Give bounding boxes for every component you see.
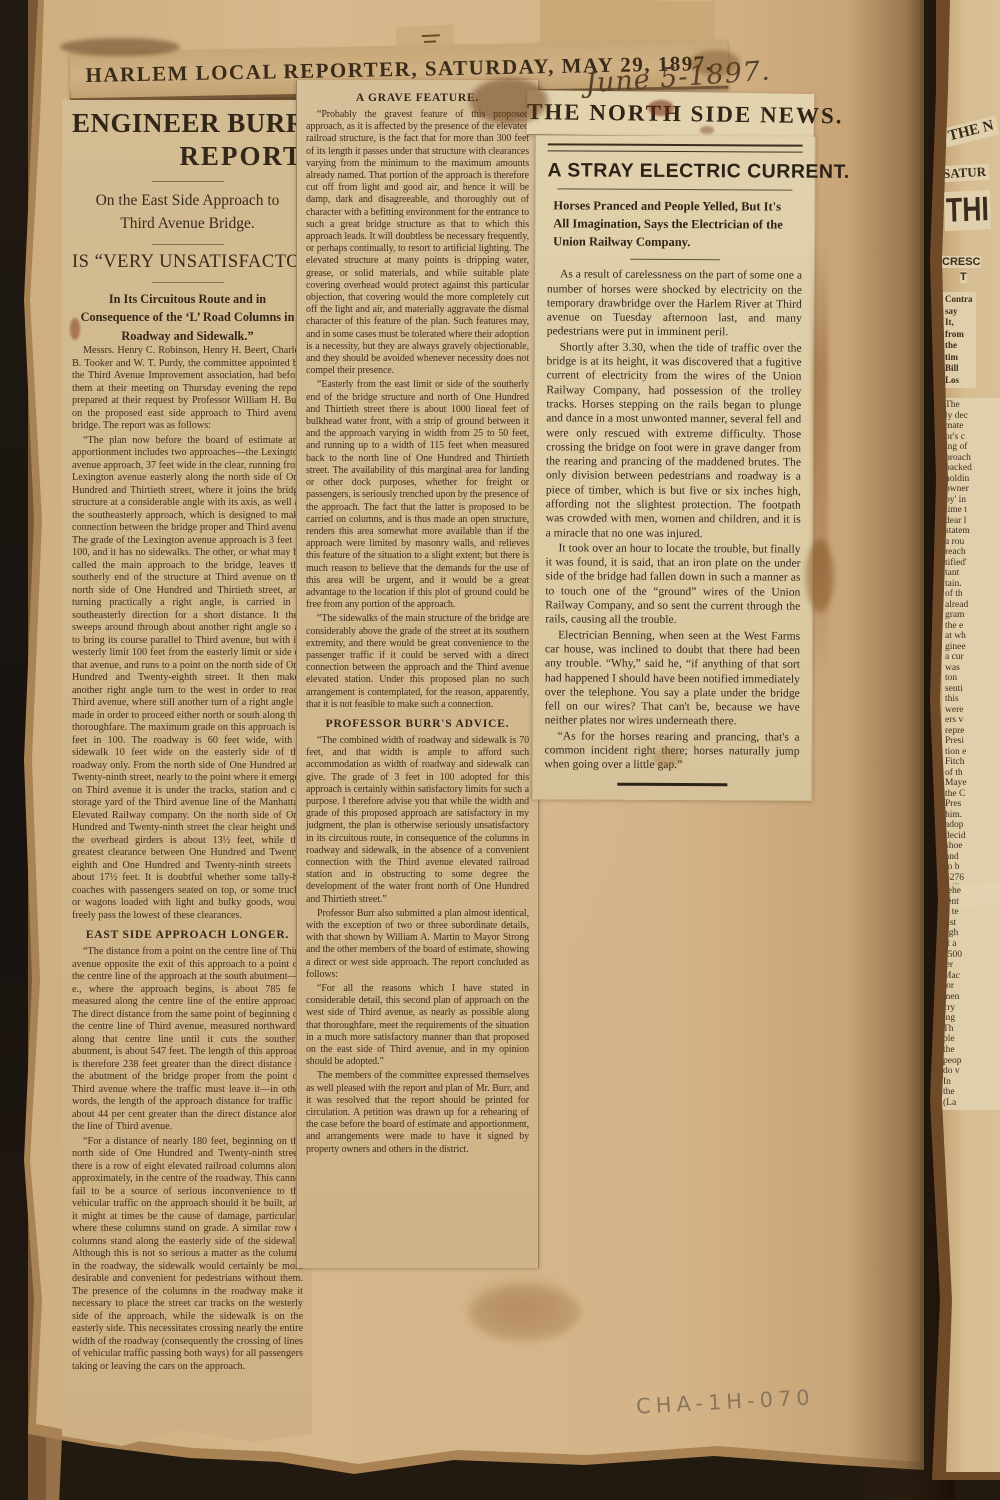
middle-subhead-2: PROFESSOR BURR'S ADVICE.: [306, 718, 529, 730]
divider-rule: [557, 188, 792, 190]
facing-subhead-fragment: CRESC: [942, 256, 981, 268]
paragraph: Messrs. Henry C. Robinson, Henry H. Beer…: [72, 345, 303, 433]
middle-column-clipping: A GRAVE FEATURE. “Probably the gravest f…: [296, 80, 539, 1268]
paragraph: As a result of carelessness on the part …: [547, 268, 802, 341]
facing-bold-fragments: Contra say It, from the tim Bill Los: [942, 292, 976, 388]
left-headline-line1: ENGINEER BURR'S: [72, 110, 303, 138]
scrapbook-photo: HARLEM LOCAL REPORTER, SATURDAY, MAY 29,…: [0, 0, 1000, 1500]
paragraph: Electrician Benning, when seen at the We…: [545, 628, 801, 729]
paragraph: Professor Burr also submitted a plan alm…: [306, 908, 529, 981]
paragraph: “As for the horses rearing and prancing,…: [544, 729, 799, 773]
north-side-news-masthead: THE NORTH SIDE NEWS.: [527, 90, 815, 139]
paragraph: The members of the committee expressed t…: [306, 1070, 529, 1155]
paragraph: It took over an hour to locate the troub…: [545, 541, 800, 628]
divider-rule: [152, 181, 224, 182]
left-deck1: On the East Side Approach to Third Avenu…: [72, 189, 303, 236]
paragraph: “Probably the gravest feature of this pr…: [306, 109, 529, 377]
end-rule: [617, 782, 727, 786]
paragraph: “For a distance of nearly 180 feet, begi…: [72, 1136, 303, 1374]
paragraph: “The combined width of roadway and sidew…: [306, 735, 529, 906]
left-deck2: IS “VERY UNSATISFACTORY: [72, 252, 303, 273]
double-rule: [548, 143, 803, 152]
facing-dateline-fragment: SATUR: [940, 164, 990, 183]
paragraph: “The distance from a point on the centre…: [72, 946, 303, 1134]
right-article-clipping: A STRAY ELECTRIC CURRENT. Horses Pranced…: [531, 135, 815, 800]
facing-masthead-fragment: THE N: [943, 116, 1000, 148]
paragraph: “Easterly from the east limit or side of…: [306, 379, 529, 611]
right-headline: A STRAY ELECTRIC CURRENT.: [547, 159, 802, 183]
middle-subhead-1: A GRAVE FEATURE.: [306, 92, 529, 104]
facing-subhead-fragment: T: [960, 271, 967, 283]
paragraph: “The sidewalks of the main structure of …: [306, 613, 529, 711]
divider-rule: [152, 282, 224, 283]
masthead-text: THE NORTH SIDE NEWS.: [527, 99, 844, 128]
paragraph: “The plan now before the board of estima…: [72, 435, 303, 923]
left-article-clipping: ENGINEER BURR'S REPORT On the East Side …: [62, 100, 312, 1452]
left-deck3: In Its Circuitous Route and in Consequen…: [72, 290, 303, 345]
left-subhead: EAST SIDE APPROACH LONGER.: [72, 929, 303, 941]
divider-rule: [152, 244, 224, 245]
paragraph: “For all the reasons which I have stated…: [306, 983, 529, 1068]
divider-rule: [630, 259, 720, 260]
left-headline-line2: REPORT: [72, 141, 303, 172]
right-deck: Horses Pranced and People Yelled, But It…: [547, 195, 802, 256]
facing-headline-fragment: THI: [944, 190, 991, 231]
facing-column-fragments: The ly dec mate or's c ing of proach bac…: [942, 398, 1000, 906]
paragraph: Shortly after 3.30, when the tide of tra…: [546, 340, 802, 541]
